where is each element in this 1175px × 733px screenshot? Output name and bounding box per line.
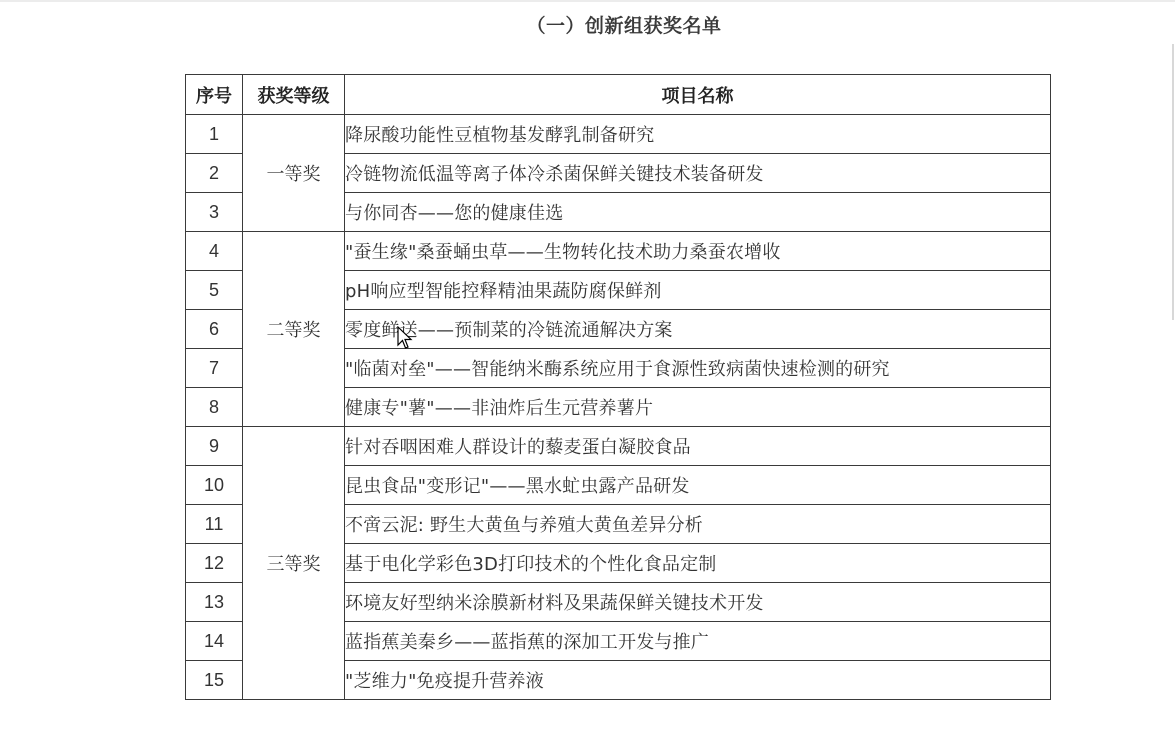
award-level-first: 一等奖 — [243, 115, 345, 232]
table-row: 4 二等奖 "蚕生缘"桑蚕蛹虫草——生物转化技术助力桑蚕农增收 — [186, 232, 1051, 271]
header-no: 序号 — [186, 75, 243, 115]
project-name: 基于电化学彩色3D打印技术的个性化食品定制 — [345, 544, 1051, 583]
project-name: 降尿酸功能性豆植物基发酵乳制备研究 — [345, 115, 1051, 154]
award-level-third: 三等奖 — [243, 427, 345, 700]
table-row: 9 三等奖 针对吞咽困难人群设计的藜麦蛋白凝胶食品 — [186, 427, 1051, 466]
project-name: 昆虫食品"变形记"——黑水虻虫露产品研发 — [345, 466, 1051, 505]
project-name: 环境友好型纳米涂膜新材料及果蔬保鲜关键技术开发 — [345, 583, 1051, 622]
row-number: 8 — [186, 388, 243, 427]
row-number: 1 — [186, 115, 243, 154]
table-row: 1 一等奖 降尿酸功能性豆植物基发酵乳制备研究 — [186, 115, 1051, 154]
row-number: 10 — [186, 466, 243, 505]
project-name: 零度鲜送——预制菜的冷链流通解决方案 — [345, 310, 1051, 349]
project-name: 针对吞咽困难人群设计的藜麦蛋白凝胶食品 — [345, 427, 1051, 466]
row-number: 4 — [186, 232, 243, 271]
row-number: 5 — [186, 271, 243, 310]
top-divider — [0, 0, 1175, 2]
row-number: 9 — [186, 427, 243, 466]
row-number: 11 — [186, 505, 243, 544]
row-number: 12 — [186, 544, 243, 583]
project-name: "蚕生缘"桑蚕蛹虫草——生物转化技术助力桑蚕农增收 — [345, 232, 1051, 271]
row-number: 15 — [186, 661, 243, 700]
scrollbar[interactable] — [1172, 44, 1174, 320]
row-number: 14 — [186, 622, 243, 661]
project-name: 健康专"薯"——非油炸后生元营养薯片 — [345, 388, 1051, 427]
table-header-row: 序号 获奖等级 项目名称 — [186, 75, 1051, 115]
project-name: 不啻云泥: 野生大黄鱼与养殖大黄鱼差异分析 — [345, 505, 1051, 544]
award-table: 序号 获奖等级 项目名称 1 一等奖 降尿酸功能性豆植物基发酵乳制备研究 2 冷… — [185, 74, 1051, 700]
row-number: 7 — [186, 349, 243, 388]
row-number: 13 — [186, 583, 243, 622]
header-name: 项目名称 — [345, 75, 1051, 115]
project-name: 冷链物流低温等离子体冷杀菌保鲜关键技术装备研发 — [345, 154, 1051, 193]
header-level: 获奖等级 — [243, 75, 345, 115]
project-name: pH响应型智能控释精油果蔬防腐保鲜剂 — [345, 271, 1051, 310]
row-number: 3 — [186, 193, 243, 232]
row-number: 2 — [186, 154, 243, 193]
page-title: （一）创新组获奖名单 — [0, 11, 1175, 38]
project-name: 与你同杏——您的健康佳选 — [345, 193, 1051, 232]
row-number: 6 — [186, 310, 243, 349]
project-name: 蓝指蕉美秦乡——蓝指蕉的深加工开发与推广 — [345, 622, 1051, 661]
project-name: "临菌对垒"——智能纳米酶系统应用于食源性致病菌快速检测的研究 — [345, 349, 1051, 388]
project-name: "芝维力"免疫提升营养液 — [345, 661, 1051, 700]
award-level-second: 二等奖 — [243, 232, 345, 427]
